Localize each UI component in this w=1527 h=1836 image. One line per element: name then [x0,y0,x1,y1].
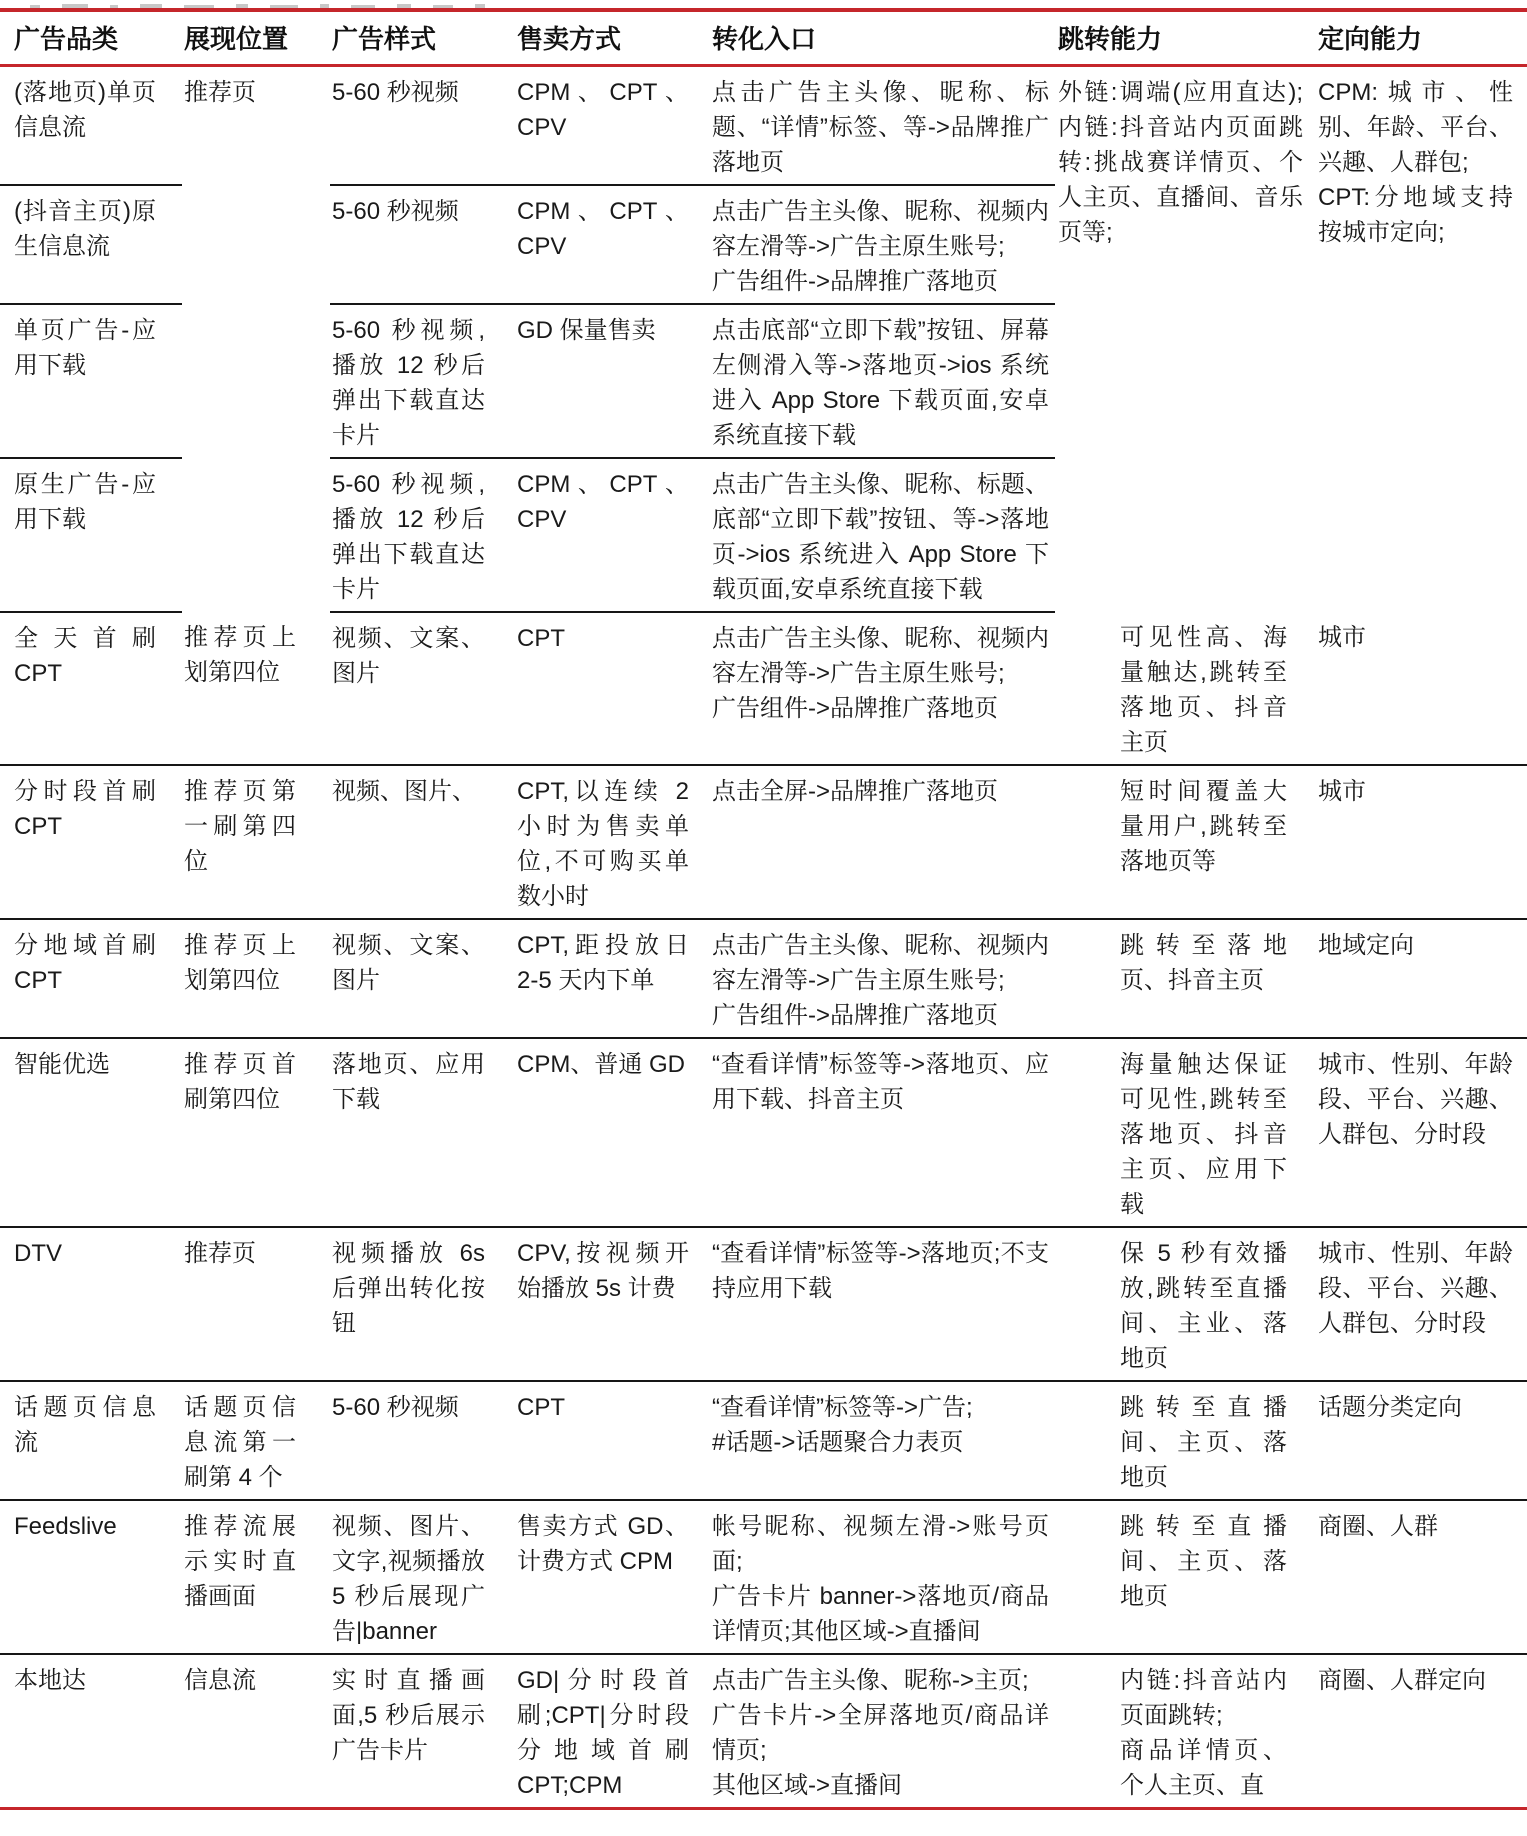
cell-category: (落地页)单页信息流 [0,66,182,186]
cell-category: 单页广告-应用下载 [0,304,182,458]
cell-targeting: 城市、性别、年龄段、平台、兴趣、人群包、分时段 [1315,1038,1527,1227]
cell-position: 推荐流展示实时直播画面 [182,1500,330,1654]
cell-selling: CPT,距投放日 2-5 天内下单 [515,919,710,1038]
cell-conversion: 点击底部“立即下载”按钮、屏幕左侧滑入等->落地页->ios 系统进入 App … [710,304,1055,458]
cell-category: 原生广告-应用下载 [0,458,182,612]
column-header-format: 广告样式 [330,10,515,66]
table-row: 分地域首刷 CPT 推荐页上划第四位 视频、文案、图片 CPT,距投放日 2-5… [0,919,1527,1038]
cell-format: 视频播放 6s 后弹出转化按钮 [330,1227,515,1381]
cell-position: 推荐页 [182,1227,330,1381]
table-row: 智能优选 推荐页首刷第四位 落地页、应用下载 CPM、普通 GD “查看详情”标… [0,1038,1527,1227]
cell-jump: 可见性高、海量触达,跳转至落地页、抖音主页 [1055,612,1315,765]
cell-format: 视频、文案、图片 [330,919,515,1038]
column-header-conversion: 转化入口 [710,10,1055,66]
cell-format: 5-60 秒视频 [330,185,515,304]
column-header-position: 展现位置 [182,10,330,66]
table-row: Feedslive 推荐流展示实时直播画面 视频、图片、文字,视频播放 5 秒后… [0,1500,1527,1654]
cell-conversion: 点击全屏->品牌推广落地页 [710,765,1055,919]
table-row: 全天首刷 CPT 推荐页上划第四位 视频、文案、图片 CPT 点击广告主头像、昵… [0,612,1527,765]
cell-jump: 内链:抖音站内页面跳转; 商品详情页、个人主页、直 [1055,1654,1315,1809]
cell-targeting: 城市 [1315,612,1527,765]
cell-jump: 跳转至落地页、抖音主页 [1055,919,1315,1038]
cell-jump: 海量触达保证可见性,跳转至落地页、抖音主页、应用下载 [1055,1038,1315,1227]
header-row: 广告品类 展现位置 广告样式 售卖方式 转化入口 跳转能力 定向能力 [0,10,1527,66]
cell-selling: CPM、CPT、CPV [515,185,710,304]
cell-category: 分时段首刷 CPT [0,765,182,919]
cell-conversion: “查看详情”标签等->广告; #话题->话题聚合力表页 [710,1381,1055,1500]
cell-conversion: 点击广告主头像、昵称、标题、底部“立即下载”按钮、等->落地页->ios 系统进… [710,458,1055,612]
cell-conversion: 点击广告主头像、昵称、视频内容左滑等->广告主原生账号; 广告组件->品牌推广落… [710,919,1055,1038]
cell-conversion: 点击广告主头像、昵称->主页; 广告卡片->全屏落地页/商品详情页; 其他区域-… [710,1654,1055,1809]
cell-position: 推荐页第一刷第四位 [182,765,330,919]
cell-conversion: “查看详情”标签等->落地页;不支持应用下载 [710,1227,1055,1381]
cell-selling: 售卖方式 GD、计费方式 CPM [515,1500,710,1654]
cell-selling: GD 保量售卖 [515,304,710,458]
cell-format: 实时直播画面,5 秒后展示广告卡片 [330,1654,515,1809]
column-header-category: 广告品类 [0,10,182,66]
cell-jump: 短时间覆盖大量用户,跳转至落地页等 [1055,765,1315,919]
table-row: (落地页)单页信息流 推荐页 5-60 秒视频 CPM、CPT、CPV 点击广告… [0,66,1527,186]
cell-targeting: 商圈、人群 [1315,1500,1527,1654]
table-row: 本地达 信息流 实时直播画面,5 秒后展示广告卡片 GD|分时段首刷;CPT|分… [0,1654,1527,1809]
cell-format: 5-60 秒视频 [330,66,515,186]
cell-targeting: 城市、性别、年龄段、平台、兴趣、人群包、分时段 [1315,1227,1527,1381]
column-header-targeting: 定向能力 [1315,10,1527,66]
cell-targeting: 城市 [1315,765,1527,919]
table-row: 话题页信息流 话题页信息流第一刷第 4 个 5-60 秒视频 CPT “查看详情… [0,1381,1527,1500]
cell-category: 分地域首刷 CPT [0,919,182,1038]
cell-position: 推荐页首刷第四位 [182,1038,330,1227]
cell-category: 智能优选 [0,1038,182,1227]
cell-selling: CPT [515,1381,710,1500]
cell-selling: CPM、CPT、CPV [515,66,710,186]
cell-selling: CPT [515,612,710,765]
cell-jump-merged: 外链:调端(应用直达);内链:抖音站内页面跳转:挑战赛详情页、个人主页、直播间、… [1055,66,1315,613]
cell-category: 全天首刷 CPT [0,612,182,765]
cell-format: 落地页、应用下载 [330,1038,515,1227]
column-header-jump: 跳转能力 [1055,10,1315,66]
cell-jump: 保 5 秒有效播放,跳转至直播间、主业、落地页 [1055,1227,1315,1381]
cell-position-merged: 推荐页 [182,66,330,613]
cell-category: Feedslive [0,1500,182,1654]
cell-category: 本地达 [0,1654,182,1809]
cell-position: 推荐页上划第四位 [182,919,330,1038]
table-row: 分时段首刷 CPT 推荐页第一刷第四位 视频、图片、 CPT,以连续 2 小时为… [0,765,1527,919]
cell-format: 视频、图片、 [330,765,515,919]
cell-selling: GD|分时段首刷;CPT|分时段分地域首刷 CPT;CPM [515,1654,710,1809]
cell-selling: CPT,以连续 2 小时为售卖单位,不可购买单数小时 [515,765,710,919]
cell-category: (抖音主页)原生信息流 [0,185,182,304]
cell-conversion: 点击广告主头像、昵称、标题、“详情”标签、等->品牌推广落地页 [710,66,1055,186]
clipped-text-remnant [30,0,750,8]
cell-conversion: 点击广告主头像、昵称、视频内容左滑等->广告主原生账号; 广告组件->品牌推广落… [710,612,1055,765]
cell-selling: CPM、CPT、CPV [515,458,710,612]
cell-jump: 跳转至直播间、主页、落地页 [1055,1381,1315,1500]
cell-format: 5-60 秒视频,播放 12 秒后弹出下载直达卡片 [330,304,515,458]
cell-category: DTV [0,1227,182,1381]
cell-format: 视频、图片、文字,视频播放 5 秒后展现广告|banner [330,1500,515,1654]
cell-format: 5-60 秒视频 [330,1381,515,1500]
cell-selling: CPM、普通 GD [515,1038,710,1227]
cell-format: 5-60 秒视频,播放 12 秒后弹出下载直达卡片 [330,458,515,612]
cell-conversion: “查看详情”标签等->落地页、应用下载、抖音主页 [710,1038,1055,1227]
cell-targeting: 商圈、人群定向 [1315,1654,1527,1809]
cell-format: 视频、文案、图片 [330,612,515,765]
column-header-selling: 售卖方式 [515,10,710,66]
cell-position: 信息流 [182,1654,330,1809]
table-row: DTV 推荐页 视频播放 6s 后弹出转化按钮 CPV,按视频开始播放 5s 计… [0,1227,1527,1381]
cell-category: 话题页信息流 [0,1381,182,1500]
cell-position: 话题页信息流第一刷第 4 个 [182,1381,330,1500]
cell-conversion: 点击广告主头像、昵称、视频内容左滑等->广告主原生账号; 广告组件->品牌推广落… [710,185,1055,304]
ad-products-table: 广告品类 展现位置 广告样式 售卖方式 转化入口 跳转能力 定向能力 (落地页)… [0,8,1527,1810]
cell-position: 推荐页上划第四位 [182,612,330,765]
cell-conversion: 帐号昵称、视频左滑->账号页面; 广告卡片 banner->落地页/商品详情页;… [710,1500,1055,1654]
cell-targeting: 地域定向 [1315,919,1527,1038]
cell-jump: 跳转至直播间、主页、落地页 [1055,1500,1315,1654]
cell-targeting-merged: CPM:城市、性别、年龄、平台、兴趣、人群包; CPT:分地域支持按城市定向; [1315,66,1527,613]
cell-selling: CPV,按视频开始播放 5s 计费 [515,1227,710,1381]
cell-targeting: 话题分类定向 [1315,1381,1527,1500]
